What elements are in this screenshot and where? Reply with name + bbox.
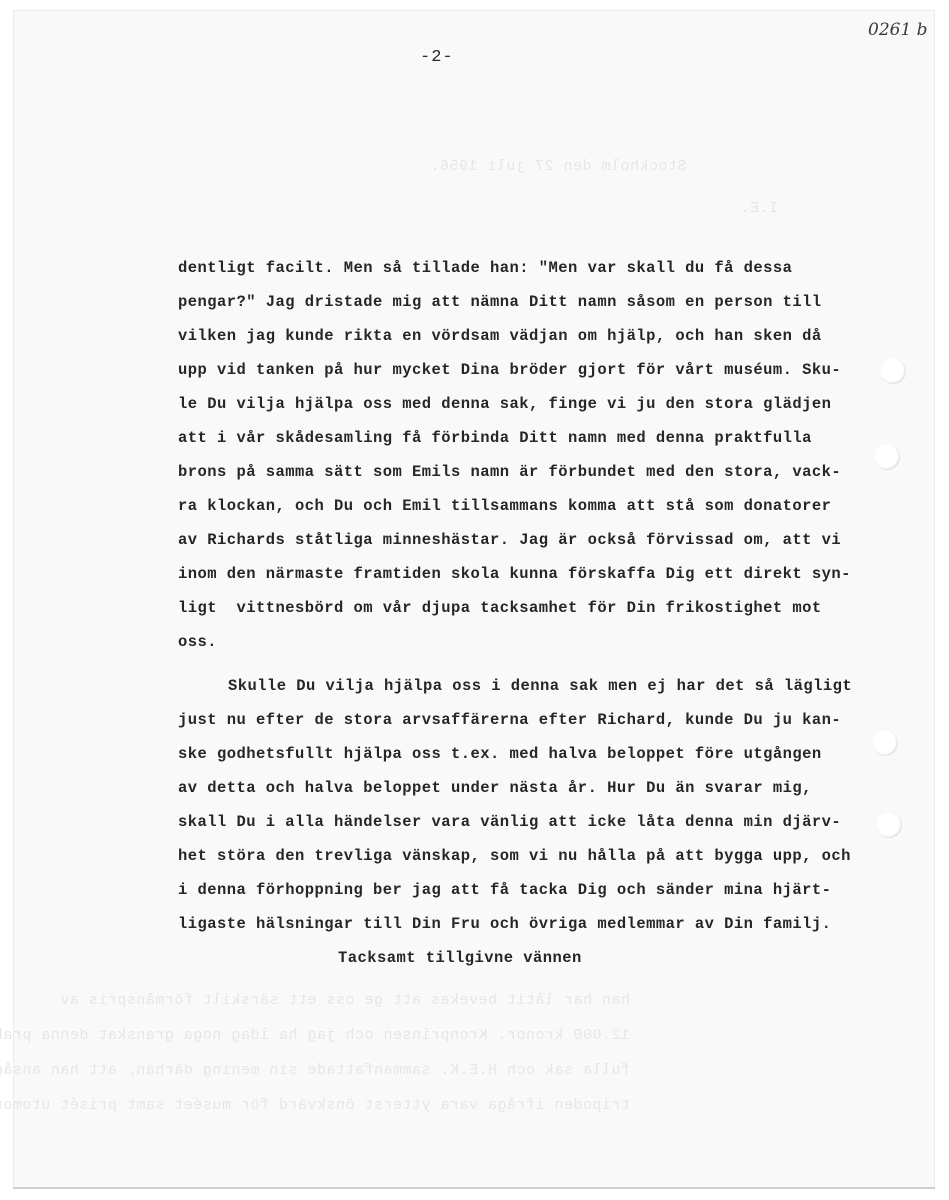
punch-hole (874, 444, 900, 470)
closing-salutation: Tacksamt tillgivne vännen (178, 945, 898, 979)
page-edge (13, 1187, 935, 1189)
text-line: oss. (178, 629, 898, 663)
bleed-through-line: tripoden ifråga vara ytterst önskvärd fö… (30, 1097, 630, 1114)
text-line: skall Du i alla händelser vara vänlig at… (178, 809, 898, 843)
text-line: av detta och halva beloppet under nästa … (178, 775, 898, 809)
archive-id-handwritten: 0261 b (868, 20, 928, 40)
letter-body: dentligt facilt. Men så tillade han: "Me… (178, 255, 898, 979)
paragraph-gap (178, 663, 898, 673)
bleed-through-line: han har låtit bevekas att ge oss ett sär… (70, 992, 630, 1009)
page-number: -2- (420, 48, 454, 67)
text-line: att i vår skådesamling få förbinda Ditt … (178, 425, 898, 459)
text-line: het störa den trevliga vänskap, som vi n… (178, 843, 898, 877)
bleed-through-line: I.E. (740, 200, 778, 217)
text-line: ra klockan, och Du och Emil tillsammans … (178, 493, 898, 527)
text-line: ske godhetsfullt hjälpa oss t.ex. med ha… (178, 741, 898, 775)
text-line: dentligt facilt. Men så tillade han: "Me… (178, 255, 898, 289)
text-line: vilken jag kunde rikta en vördsam vädjan… (178, 323, 898, 357)
text-line: le Du vilja hjälpa oss med denna sak, fi… (178, 391, 898, 425)
bleed-through-header: Stockholm den 27 juli 1956. (430, 158, 687, 175)
text-line: upp vid tanken på hur mycket Dina bröder… (178, 357, 898, 391)
text-line: ligaste hälsningar till Din Fru och övri… (178, 911, 898, 945)
text-line: brons på samma sätt som Emils namn är fö… (178, 459, 898, 493)
bleed-through-line: fulla sak och H.E.K. sammanfattade sin m… (30, 1062, 630, 1079)
punch-hole (880, 358, 906, 384)
text-line: i denna förhoppning ber jag att få tacka… (178, 877, 898, 911)
bleed-through-line: 12.000 kronor. Kronprinsen och jag ha id… (30, 1027, 630, 1044)
punch-hole (872, 730, 898, 756)
paragraph-2: Skulle Du vilja hjälpa oss i denna sak m… (178, 673, 898, 945)
text-line: inom den närmaste framtiden skola kunna … (178, 561, 898, 595)
text-line: just nu efter de stora arvsaffärerna eft… (178, 707, 898, 741)
text-line: av Richards ståtliga minneshästar. Jag ä… (178, 527, 898, 561)
text-line: ligt vittnesbörd om vår djupa tacksamhet… (178, 595, 898, 629)
text-line: Skulle Du vilja hjälpa oss i denna sak m… (178, 673, 898, 707)
punch-hole (876, 812, 902, 838)
paragraph-1: dentligt facilt. Men så tillade han: "Me… (178, 255, 898, 663)
text-line: pengar?" Jag dristade mig att nämna Ditt… (178, 289, 898, 323)
